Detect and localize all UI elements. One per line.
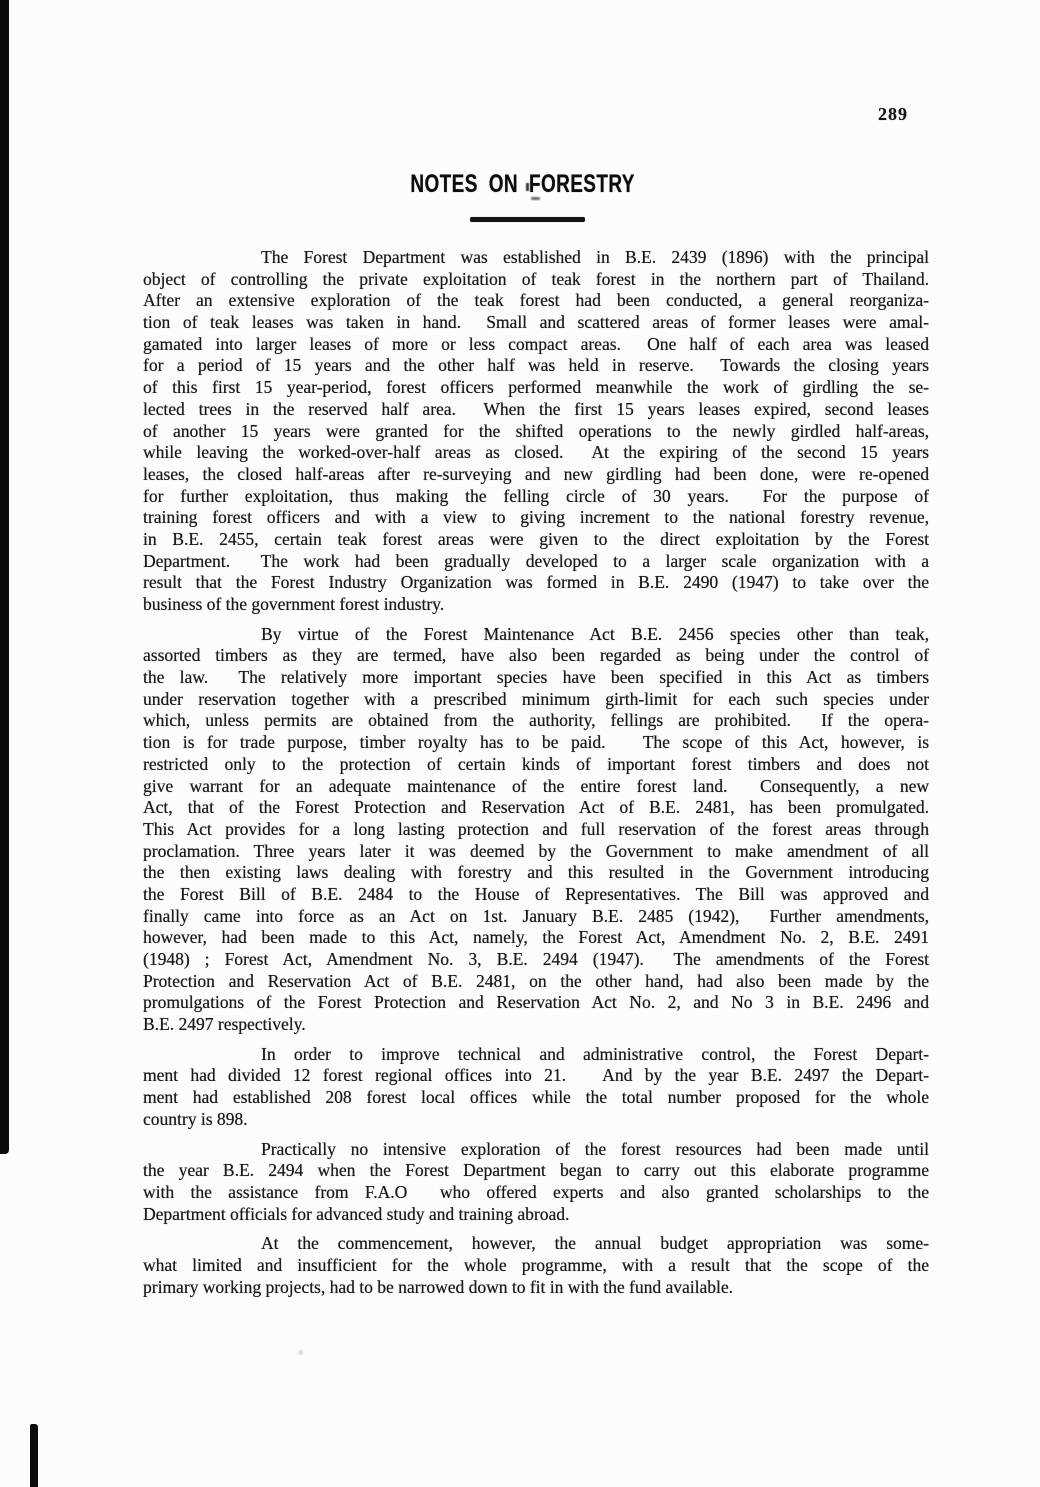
text-line: the Forest Bill of B.E. 2484 to the Hous…: [143, 884, 929, 906]
text-line: training forest officers and with a view…: [143, 507, 929, 529]
text-line: however, had been made to this Act, name…: [143, 927, 929, 949]
text-line: Protection and Reservation Act of B.E. 2…: [143, 971, 929, 993]
text-line: This Act provides for a long lasting pro…: [143, 819, 929, 841]
text-line: for a period of 15 years and the other h…: [143, 355, 929, 377]
text-line: Act, that of the Forest Protection and R…: [143, 797, 929, 819]
text-line: give warrant for an adequate maintenance…: [143, 776, 929, 798]
text-line: what limited and insufficient for the wh…: [143, 1255, 929, 1277]
title-container: NOTES ON FORESTRY: [0, 170, 1040, 199]
text-line: The Forest Department was established in…: [143, 247, 929, 269]
text-line: By virtue of the Forest Maintenance Act …: [143, 624, 929, 646]
text-line: result that the Forest Industry Organiza…: [143, 572, 929, 594]
text-line: of another 15 years were granted for the…: [143, 421, 929, 443]
text-line: proclamation. Three years later it was d…: [143, 841, 929, 863]
ink-speck: [298, 1350, 303, 1355]
paragraph: By virtue of the Forest Maintenance Act …: [143, 624, 929, 1036]
scanned-document-page: 289 NOTES ON FORESTRY The Forest Departm…: [0, 0, 1040, 1487]
text-line: B.E. 2497 respectively.: [143, 1014, 929, 1036]
ink-speck: [531, 197, 540, 200]
text-line: for further exploitation, thus making th…: [143, 486, 929, 508]
text-line: finally came into force as an Act on 1st…: [143, 906, 929, 928]
title-rule: [470, 217, 585, 222]
text-line: Department officials for advanced study …: [143, 1204, 929, 1226]
paragraph: The Forest Department was established in…: [143, 247, 929, 616]
text-line: leases, the closed half-areas after re-s…: [143, 464, 929, 486]
text-line: business of the government forest indust…: [143, 594, 929, 616]
text-line: lected trees in the reserved half area. …: [143, 399, 929, 421]
text-line: restricted only to the protection of cer…: [143, 754, 929, 776]
text-line: the law. The relatively more important s…: [143, 667, 929, 689]
page-number: 289: [878, 104, 908, 125]
text-line: in B.E. 2455, certain teak forest areas …: [143, 529, 929, 551]
text-line: tion is for trade purpose, timber royalt…: [143, 732, 929, 754]
scan-edge-artifact-bottom: [30, 1424, 38, 1487]
text-line: country is 898.: [143, 1109, 929, 1131]
text-line: of this first 15 year-period, forest off…: [143, 377, 929, 399]
paragraph: In order to improve technical and admini…: [143, 1044, 929, 1131]
text-line: the then existing laws dealing with fore…: [143, 862, 929, 884]
text-line: At the commencement, however, the annual…: [143, 1233, 929, 1255]
text-line: assorted timbers as they are termed, hav…: [143, 645, 929, 667]
text-line: which, unless permits are obtained from …: [143, 710, 929, 732]
page-title: NOTES ON FORESTRY: [411, 170, 635, 199]
paragraph: At the commencement, however, the annual…: [143, 1233, 929, 1298]
text-line: the year B.E. 2494 when the Forest Depar…: [143, 1160, 929, 1182]
text-line: tion of teak leases was taken in hand. S…: [143, 312, 929, 334]
text-line: with the assistance from F.A.O who offer…: [143, 1182, 929, 1204]
text-line: After an extensive exploration of the te…: [143, 290, 929, 312]
text-line: (1948) ; Forest Act, Amendment No. 3, B.…: [143, 949, 929, 971]
text-line: ment had divided 12 forest regional offi…: [143, 1065, 929, 1087]
text-line: ment had established 208 forest local of…: [143, 1087, 929, 1109]
paragraph: Practically no intensive exploration of …: [143, 1139, 929, 1226]
text-line: while leaving the worked-over-half areas…: [143, 442, 929, 464]
ink-speck: [526, 183, 529, 191]
text-line: promulgations of the Forest Protection a…: [143, 992, 929, 1014]
text-line: primary working projects, had to be narr…: [143, 1277, 929, 1299]
text-line: Practically no intensive exploration of …: [143, 1139, 929, 1161]
text-line: In order to improve technical and admini…: [143, 1044, 929, 1066]
text-line: under reservation together with a prescr…: [143, 689, 929, 711]
text-line: object of controlling the private exploi…: [143, 269, 929, 291]
document-body: The Forest Department was established in…: [143, 247, 929, 1298]
text-line: gamated into larger leases of more or le…: [143, 334, 929, 356]
text-line: Department. The work had been gradually …: [143, 551, 929, 573]
